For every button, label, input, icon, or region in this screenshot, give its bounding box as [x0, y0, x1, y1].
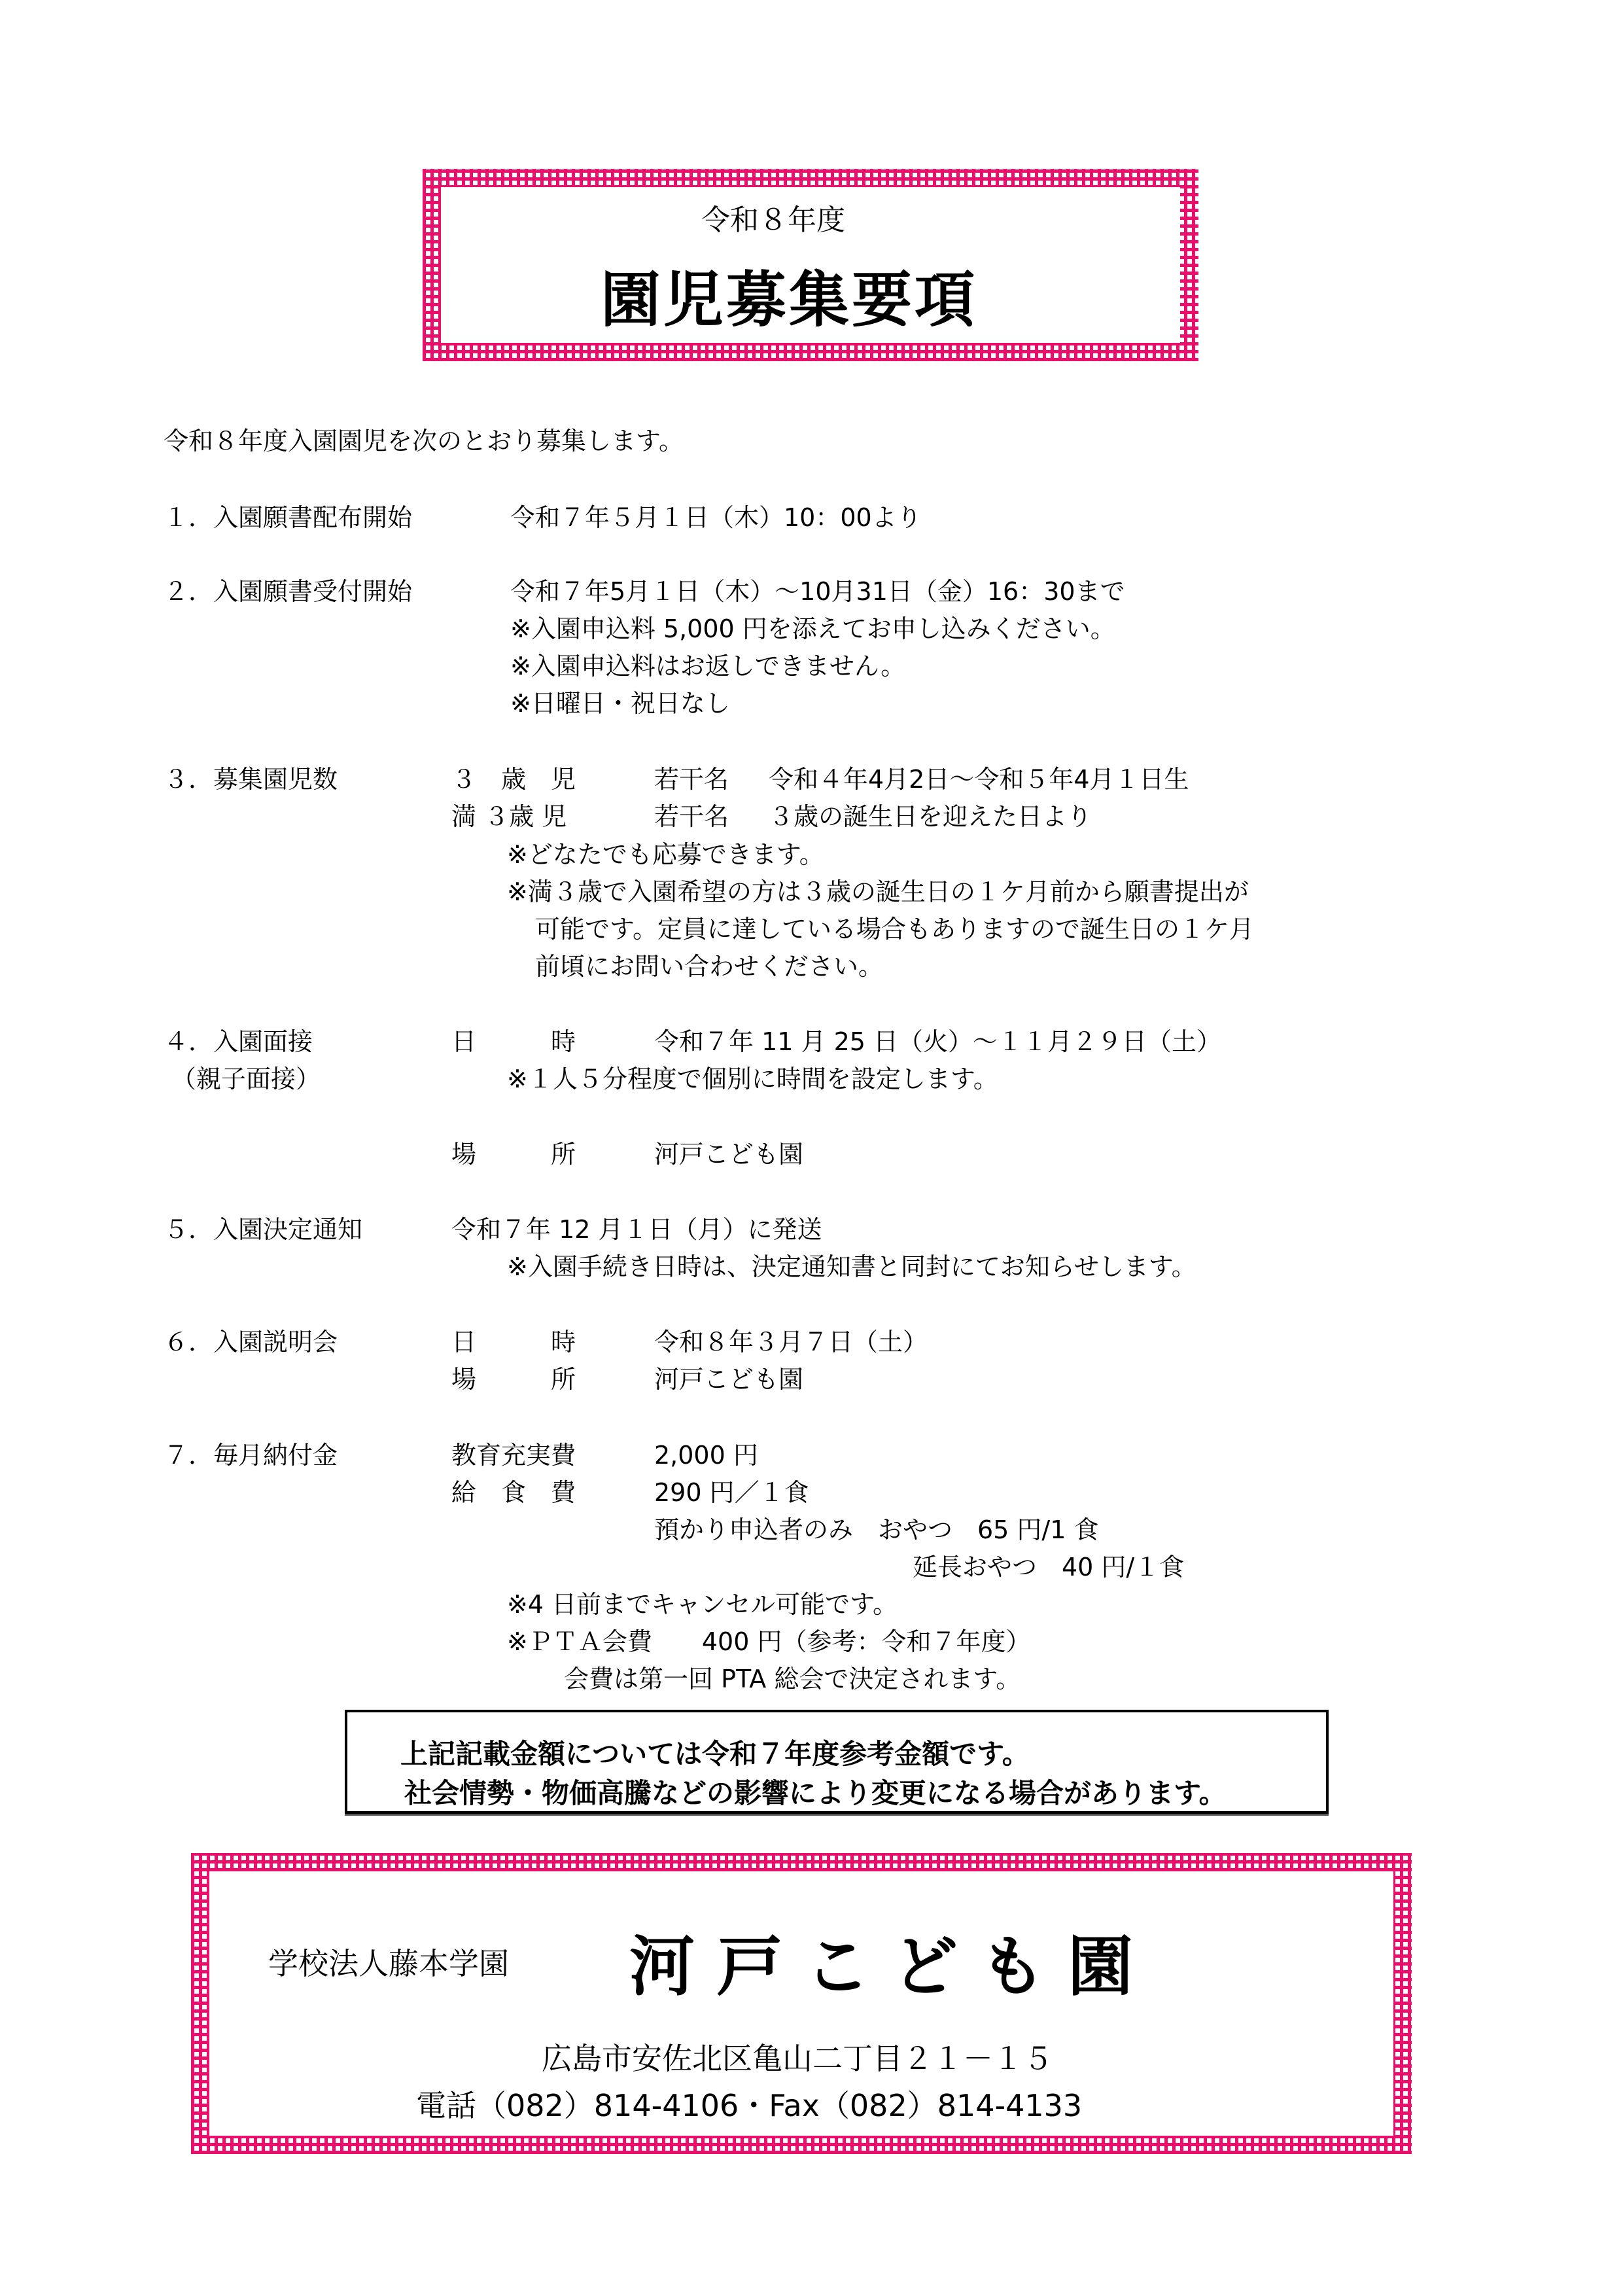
age-detail: ３歳の誕生日を迎えた日より — [769, 804, 1092, 829]
section-6-date-value: 令和８年３月７日（土） — [654, 1330, 928, 1354]
notice-line-1: 上記記載金額については令和７年度参考金額です。 — [400, 1733, 1030, 1772]
section-2-value: 令和７年5月１日（木）～10月31日（金）16：30まで — [510, 579, 1125, 604]
fee-education-key: 教育充実費 — [451, 1443, 576, 1468]
section-4-sublabel: （親子面接） — [171, 1067, 321, 1091]
school-contact: 電話（082）814-4106・Fax（082）814-4133 — [416, 2082, 1082, 2125]
section-3-note: 前頃にお問い合わせください。 — [535, 954, 883, 979]
age-category: 満 ３歳 児 — [451, 804, 567, 829]
intro-text: 令和８年度入園園児を次のとおり募集します。 — [164, 429, 684, 453]
section-3-note: 可能です。定員に達している場合もありますので誕生日の１ケ月 — [535, 917, 1254, 942]
section-7-note: ※4 日前までキャンセル可能です。 — [507, 1592, 898, 1617]
fee-snack: 預かり申込者のみ おやつ 65 円/1 食 — [654, 1517, 1099, 1542]
age-count: 若干名 — [654, 767, 729, 792]
fee-lunch-value: 290 円／１食 — [654, 1480, 809, 1505]
school-address: 広島市安佐北区亀山二丁目２１－１５ — [542, 2035, 1053, 2078]
age-count: 若干名 — [654, 804, 729, 829]
section-6-label: ６．入園説明会 — [164, 1330, 338, 1354]
section-2-note: ※入園申込料はお返しできません。 — [510, 654, 905, 679]
section-6-place-value: 河戸こども園 — [654, 1367, 803, 1392]
fee-lunch-key: 給 食 費 — [451, 1480, 576, 1505]
fee-education-value: 2,000 円 — [654, 1443, 758, 1468]
section-7-label: ７．毎月納付金 — [164, 1443, 338, 1468]
section-4-place-key: 場 所 — [451, 1142, 576, 1167]
notice-line-2: 社会情勢・物価高騰などの影響により変更になる場合があります。 — [404, 1772, 1227, 1811]
section-1-label: １．入園願書配布開始 — [164, 505, 412, 530]
section-7-note: 会費は第一回 PTA 総会で決定されます。 — [564, 1667, 1021, 1691]
section-4-place-value: 河戸こども園 — [654, 1142, 803, 1167]
section-5-value: 令和７年 12 月１日（月）に発送 — [451, 1217, 822, 1242]
section-1-value: 令和７年５月１日（木）10：00より — [510, 505, 922, 530]
section-4-date-value: 令和７年 11 月 25 日（火）～１１月２９日（土） — [654, 1029, 1221, 1054]
section-2-note: ※日曜日・祝日なし — [510, 691, 730, 716]
section-4-note: ※１人５分程度で個別に時間を設定します。 — [507, 1067, 998, 1091]
age-category: ３ 歳 児 — [451, 767, 576, 792]
section-4-date-key: 日 時 — [451, 1029, 576, 1054]
section-3-note: ※満３歳で入園希望の方は３歳の誕生日の１ケ月前から願書提出が — [507, 879, 1249, 904]
section-3-note: ※どなたでも応募できます。 — [507, 842, 824, 867]
section-2-note: ※入園申込料 5,000 円を添えてお申し込みください。 — [510, 616, 1115, 641]
section-3-label: ３．募集園児数 — [164, 767, 338, 792]
section-6-place-key: 場 所 — [451, 1367, 576, 1392]
section-4-label: ４．入園面接 — [164, 1029, 313, 1054]
section-5-label: ５．入園決定通知 — [164, 1217, 362, 1242]
age-detail: 令和４年4月2日～令和５年4月１日生 — [769, 767, 1189, 792]
section-7-note: ※ＰＴＡ会費 400 円（参考：令和７年度） — [507, 1629, 1030, 1654]
organization-name: 学校法人藤本学園 — [268, 1940, 509, 1983]
page-title: 園児募集要項 — [601, 252, 977, 338]
section-2-label: ２．入園願書受付開始 — [164, 579, 412, 604]
section-5-note: ※入園手続き日時は、決定通知書と同封にてお知らせします。 — [507, 1254, 1196, 1279]
year-label: 令和８年度 — [701, 196, 845, 238]
school-name: 河戸こども園 — [629, 1914, 1155, 2008]
section-6-date-key: 日 時 — [451, 1330, 576, 1354]
fee-extended-snack: 延長おやつ 40 円/１食 — [913, 1555, 1184, 1580]
